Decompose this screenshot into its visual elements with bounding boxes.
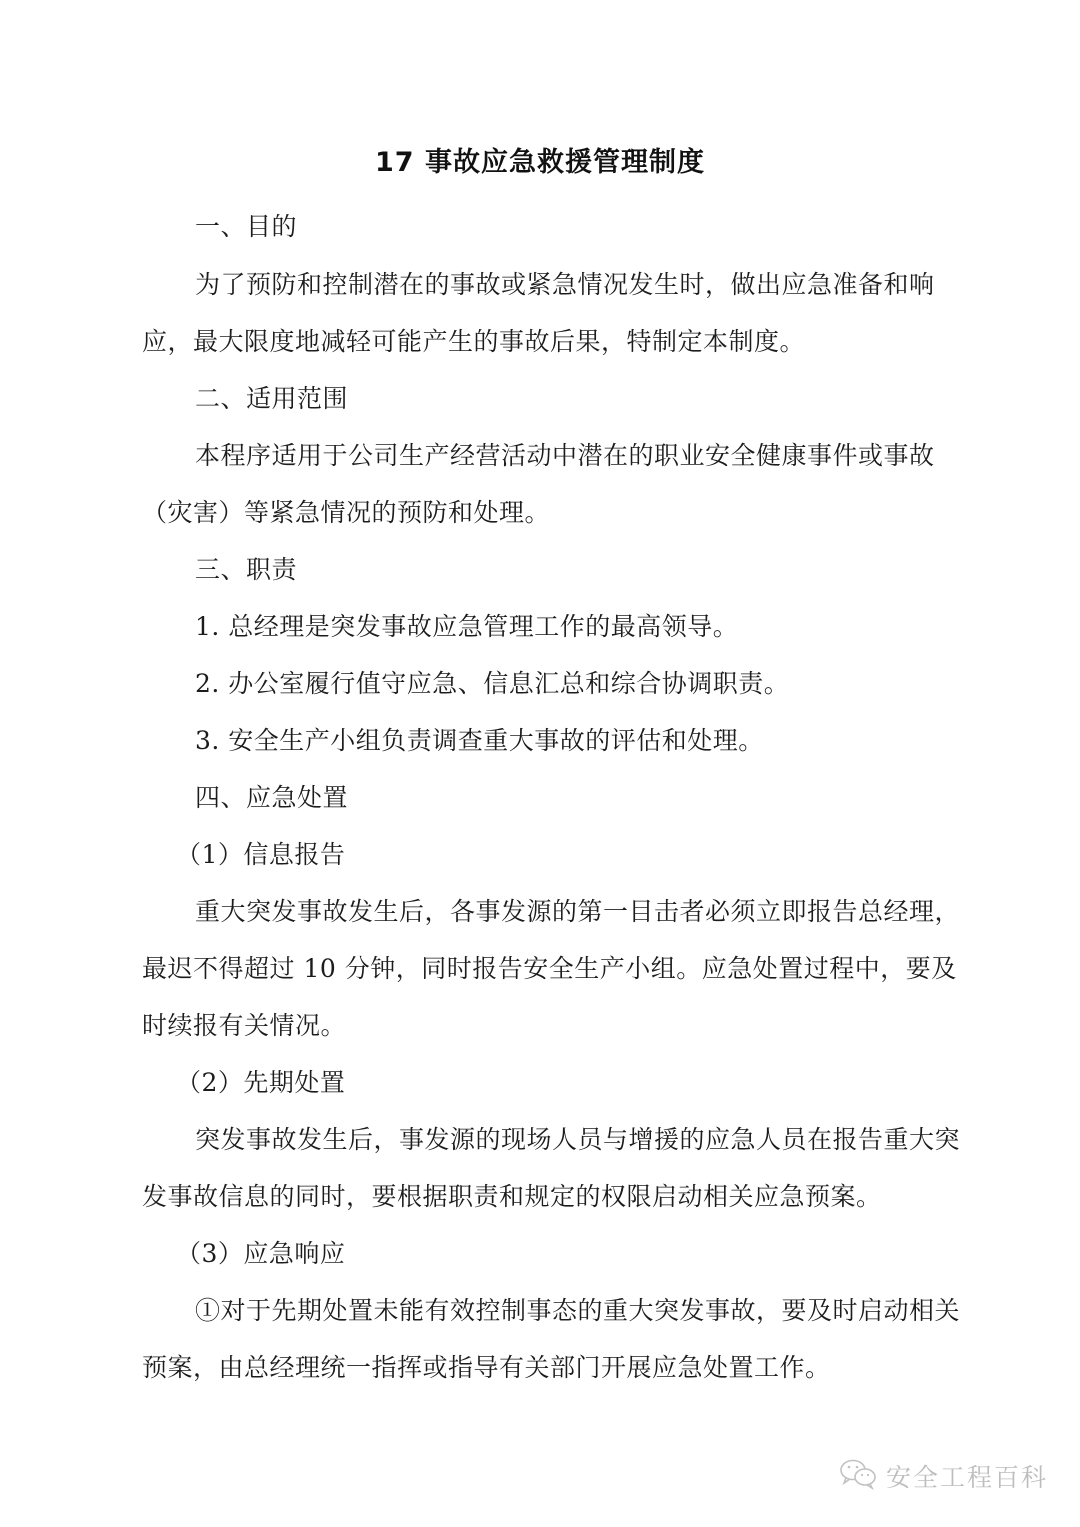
paragraph-line: ①对于先期处置未能有效控制事态的重大突发事故，要及时启动相关 bbox=[195, 1296, 960, 1326]
paragraph-line: 最迟不得超过 10 分钟，同时报告安全生产小组。应急处置过程中，要及 bbox=[142, 954, 957, 984]
paragraph-line: 预案，由总经理统一指挥或指导有关部门开展应急处置工作。 bbox=[142, 1353, 831, 1383]
paragraph-line: 为了预防和控制潜在的事故或紧急情况发生时，做出应急准备和响 bbox=[195, 270, 935, 300]
wechat-icon bbox=[838, 1458, 878, 1494]
list-item: 3. 安全生产小组负责调查重大事故的评估和处理。 bbox=[195, 726, 764, 756]
watermark-text: 安全工程百科 bbox=[886, 1458, 1048, 1494]
paragraph-line: 本程序适用于公司生产经营活动中潜在的职业安全健康事件或事故 bbox=[195, 441, 935, 471]
section-heading-purpose: 一、目的 bbox=[195, 212, 297, 242]
paragraph-line: 重大突发事故发生后，各事发源的第一目击者必须立即报告总经理， bbox=[195, 897, 960, 927]
subsection-heading-emergency-response: （3）应急响应 bbox=[176, 1239, 345, 1269]
document-page: 17 事故应急救援管理制度 一、目的 为了预防和控制潜在的事故或紧急情况发生时，… bbox=[0, 0, 1080, 1527]
section-heading-scope: 二、适用范围 bbox=[195, 384, 348, 414]
list-item: 1. 总经理是突发事故应急管理工作的最高领导。 bbox=[195, 612, 738, 642]
watermark: 安全工程百科 bbox=[838, 1458, 1048, 1494]
section-heading-emergency-handling: 四、应急处置 bbox=[195, 783, 348, 813]
subsection-heading-info-report: （1）信息报告 bbox=[176, 840, 345, 870]
subsection-heading-initial-handling: （2）先期处置 bbox=[176, 1068, 345, 1098]
paragraph-line: 应，最大限度地减轻可能产生的事故后果，特制定本制度。 bbox=[142, 327, 805, 357]
section-heading-responsibilities: 三、职责 bbox=[195, 555, 297, 585]
paragraph-line: 突发事故发生后，事发源的现场人员与增援的应急人员在报告重大突 bbox=[195, 1125, 960, 1155]
paragraph-line: 时续报有关情况。 bbox=[142, 1011, 346, 1041]
paragraph-line: （灾害）等紧急情况的预防和处理。 bbox=[142, 498, 550, 528]
paragraph-line: 发事故信息的同时，要根据职责和规定的权限启动相关应急预案。 bbox=[142, 1182, 882, 1212]
list-item: 2. 办公室履行值守应急、信息汇总和综合协调职责。 bbox=[195, 669, 789, 699]
document-title: 17 事故应急救援管理制度 bbox=[0, 140, 1080, 179]
